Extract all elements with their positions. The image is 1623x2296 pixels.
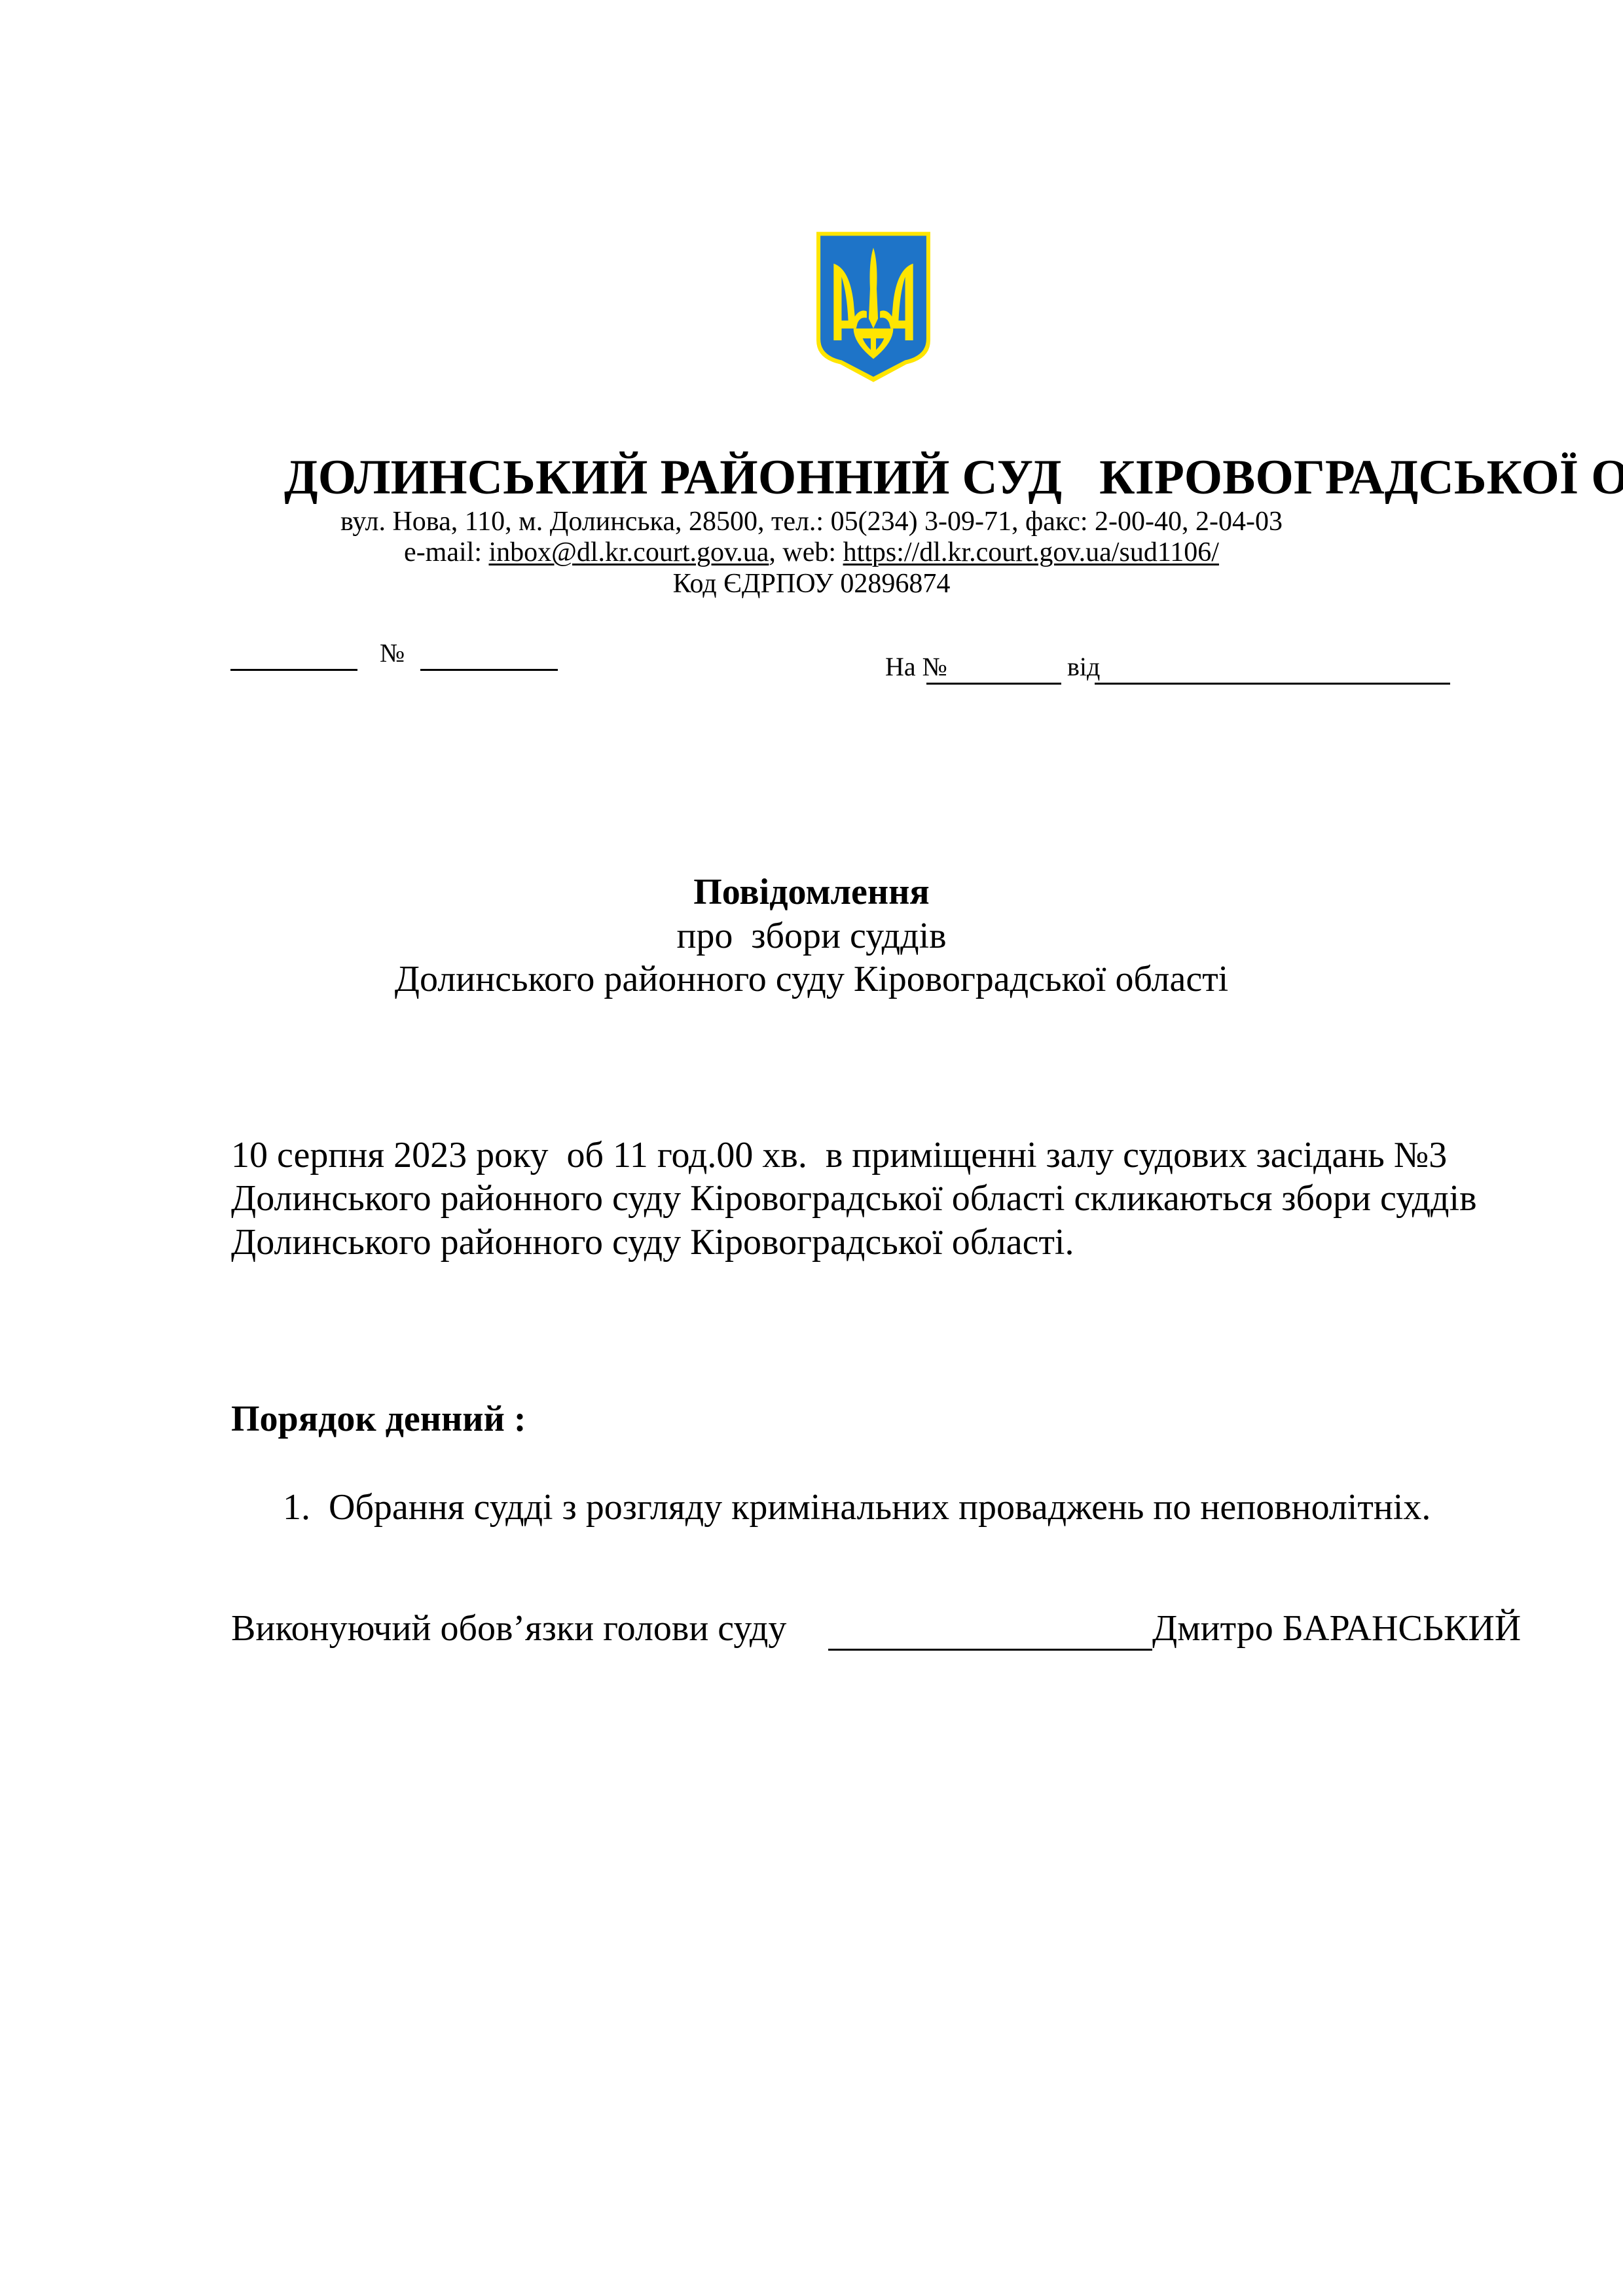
incoming-date-blank — [1095, 683, 1450, 685]
court-contacts: e-mail: inbox@dl.kr.court.gov.ua, web: h… — [0, 539, 1623, 566]
notice-subtitle: Долинського районного суду Кіровоградськ… — [0, 961, 1623, 997]
notice-subtitle: про збори суддів — [0, 918, 1623, 954]
outgoing-date-blank — [230, 669, 357, 671]
signature-blank — [828, 1649, 1152, 1651]
signatory-name: Дмитро БАРАНСЬКИЙ — [1152, 1610, 1521, 1647]
outgoing-number-blank — [420, 669, 558, 671]
coat-of-arms-of-ukraine-icon — [814, 229, 933, 385]
agenda-item-number: 1. — [283, 1489, 310, 1526]
signatory-position: Виконуючий обов’язки голови суду — [231, 1610, 786, 1647]
incoming-number-label: На № — [885, 654, 947, 680]
web-label: , web: — [769, 537, 843, 567]
incoming-number-blank — [926, 683, 1061, 685]
body-text-line: 10 серпня 2023 року об 11 год.00 хв. в п… — [231, 1137, 1447, 1174]
notice-title: Повідомлення — [0, 874, 1623, 910]
email-link[interactable]: inbox@dl.kr.court.gov.ua — [489, 537, 769, 567]
body-text-line: Долинського районного суду Кіровоградськ… — [231, 1224, 1074, 1261]
agenda-item: Обрання судді з розгляду кримінальних пр… — [329, 1489, 1431, 1526]
email-label: e-mail: — [404, 537, 488, 567]
edrpou-code: Код ЄДРПОУ 02896874 — [0, 570, 1623, 598]
outgoing-number-label: № — [380, 640, 405, 666]
incoming-date-label: від — [1067, 654, 1100, 680]
court-name-heading: ДОЛИНСЬКИЙ РАЙОННИЙ СУД КІРОВОГРАДСЬКОЇ … — [284, 453, 1623, 502]
body-text-line: Долинського районного суду Кіровоградськ… — [231, 1180, 1477, 1217]
agenda-heading: Порядок денний : — [231, 1401, 526, 1437]
court-address: вул. Нова, 110, м. Долинська, 28500, тел… — [0, 508, 1623, 535]
website-link[interactable]: https://dl.kr.court.gov.ua/sud1106/ — [843, 537, 1219, 567]
